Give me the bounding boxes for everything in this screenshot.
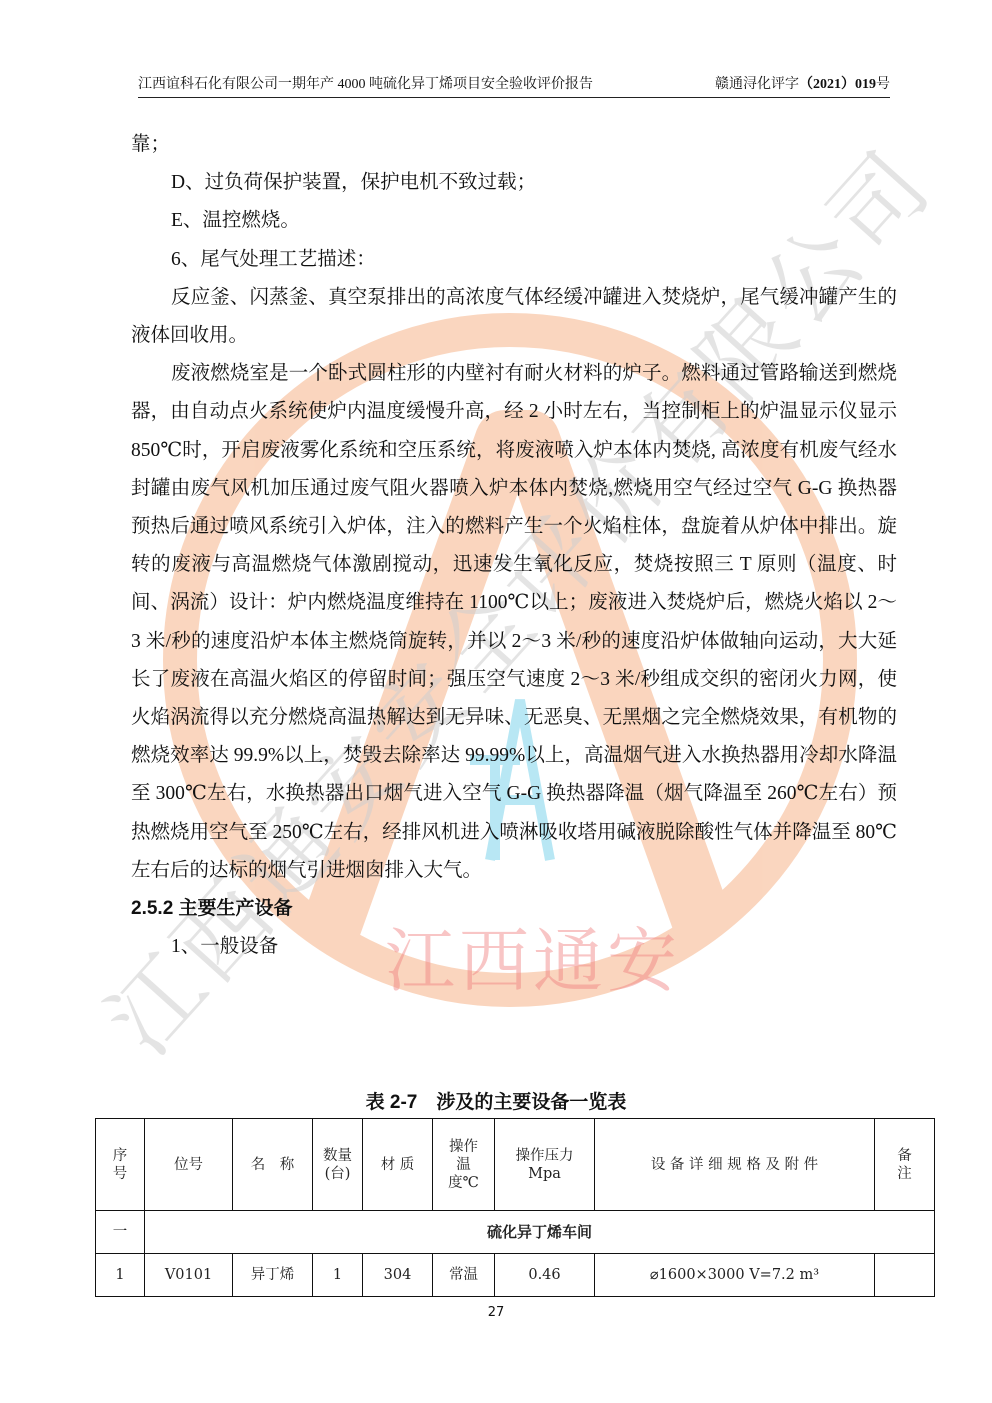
cell-seq: 1 (96, 1254, 145, 1297)
section-seq: 一 (96, 1211, 145, 1254)
header-material: 材 质 (363, 1119, 433, 1211)
paragraph: 废液燃烧室是一个卧式圆柱形的内壁衬有耐火材料的炉子。燃料通过管路输送到燃烧器，由… (131, 355, 897, 890)
paragraph: D、过负荷保护装置，保护电机不致过载； (131, 164, 897, 202)
cell-pressure: 0.46 (495, 1254, 595, 1297)
cell-material: 304 (363, 1254, 433, 1297)
header-pressure: 操作压力Mpa (495, 1119, 595, 1211)
paragraph: E、温控燃烧。 (131, 202, 897, 240)
cell-tag: V0101 (145, 1254, 233, 1297)
header-remark: 备注 (875, 1119, 935, 1211)
cell-temp: 常温 (433, 1254, 495, 1297)
cell-qty: 1 (313, 1254, 363, 1297)
table-caption: 表 2-7 涉及的主要设备一览表 (0, 1087, 992, 1114)
paragraph: 靠； (131, 126, 897, 164)
section-heading: 2.5.2 主要生产设备 (131, 890, 897, 928)
table-row: 1 V0101 异丁烯 1 304 常温 0.46 ⌀1600×3000 V=7… (96, 1254, 935, 1297)
header-name: 名 称 (233, 1119, 313, 1211)
header-qty: 数量(台) (313, 1119, 363, 1211)
table-section-row: 一 硫化异丁烯车间 (96, 1211, 935, 1254)
header-report-title: 江西谊科石化有限公司一期年产 4000 吨硫化异丁烯项目安全验收评价报告 (138, 75, 593, 97)
subsection-heading: 1、一般设备 (131, 928, 897, 966)
section-title: 硫化异丁烯车间 (145, 1211, 935, 1254)
paragraph: 6、尾气处理工艺描述： (131, 241, 897, 279)
header-spec: 设 备 详 细 规 格 及 附 件 (595, 1119, 875, 1211)
header-seq: 序号 (96, 1119, 145, 1211)
document-body: 靠； D、过负荷保护装置，保护电机不致过载； E、温控燃烧。 6、尾气处理工艺描… (131, 126, 897, 966)
header-temp: 操作温度℃ (433, 1119, 495, 1211)
header-report-number: 赣通浔化评字（2021）019号 (715, 75, 890, 97)
cell-name: 异丁烯 (233, 1254, 313, 1297)
header-tag: 位号 (145, 1119, 233, 1211)
page-number: 27 (0, 1305, 992, 1320)
page-header: 江西谊科石化有限公司一期年产 4000 吨硫化异丁烯项目安全验收评价报告 赣通浔… (138, 75, 890, 98)
paragraph: 反应釜、闪蒸釜、真空泵排出的高浓度气体经缓冲罐进入焚烧炉，尾气缓冲罐产生的液体回… (131, 279, 897, 355)
cell-remark (875, 1254, 935, 1297)
table-header-row: 序号 位号 名 称 数量(台) 材 质 操作温度℃ 操作压力Mpa 设 备 详 … (96, 1119, 935, 1211)
equipment-table: 序号 位号 名 称 数量(台) 材 质 操作温度℃ 操作压力Mpa 设 备 详 … (95, 1118, 935, 1297)
cell-spec: ⌀1600×3000 V=7.2 m³ (595, 1254, 875, 1297)
